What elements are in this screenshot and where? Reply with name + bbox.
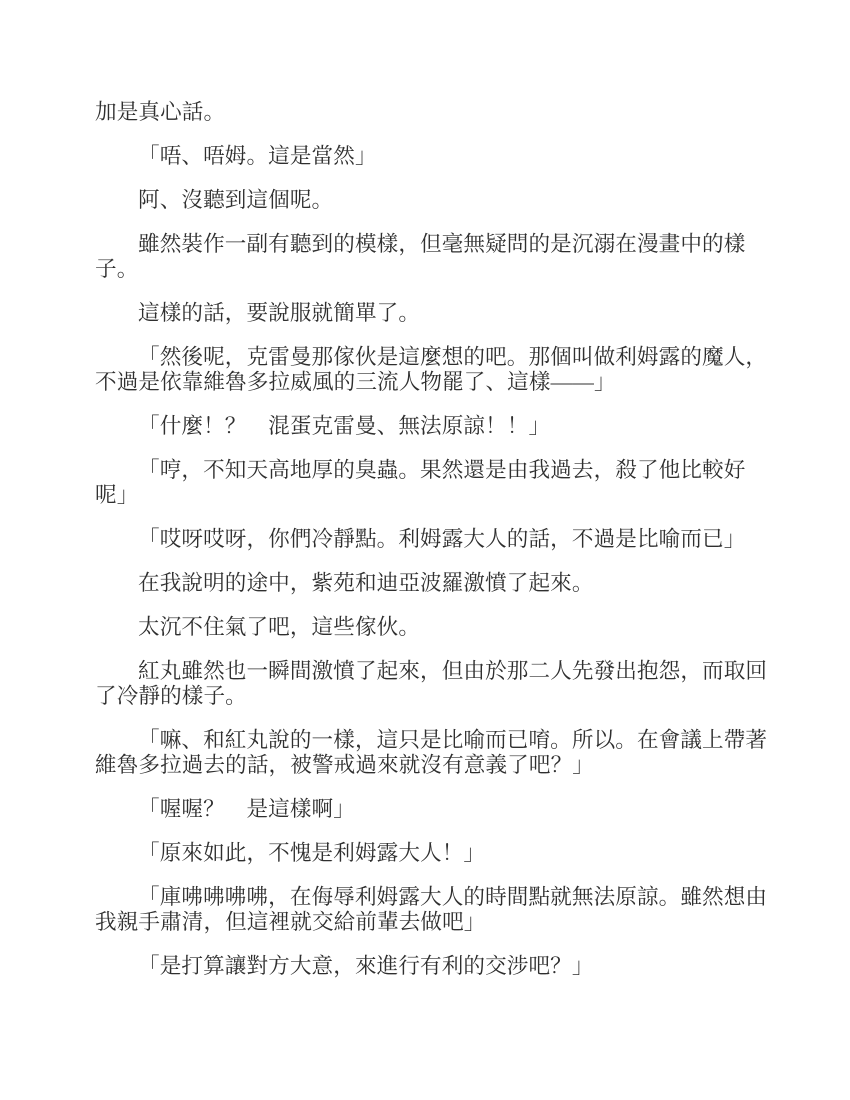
text-line: 「然後呢，克雷曼那傢伙是這麼想的吧。那個叫做利姆露的魔人，: [95, 345, 765, 370]
paragraph: 「原來如此，不愧是利姆露大人！」: [95, 841, 765, 866]
text-line: 呢」: [95, 483, 765, 508]
text-line: 了冷靜的樣子。: [95, 684, 765, 709]
text-line: 「什麼！？ 混蛋克雷曼、無法原諒！！」: [95, 414, 765, 439]
text-line: 阿、沒聽到這個呢。: [95, 188, 765, 213]
paragraph: 「哎呀哎呀，你們冷靜點。利姆露大人的話，不過是比喻而已」: [95, 527, 765, 552]
text-line: 「庫咈咈咈咈，在侮辱利姆露大人的時間點就無法原諒。雖然想由: [95, 885, 765, 910]
text-line: 這樣的話，要說服就簡單了。: [95, 301, 765, 326]
paragraph: 這樣的話，要說服就簡單了。: [95, 301, 765, 326]
text-line: 子。: [95, 257, 765, 282]
novel-page: 加是真心話。 「唔、唔姆。這是當然」 阿、沒聽到這個呢。 雖然裝作一副有聽到的模…: [95, 100, 765, 998]
paragraph: 「唔、唔姆。這是當然」: [95, 144, 765, 169]
text-line: 我親手肅清，但這裡就交給前輩去做吧」: [95, 910, 765, 935]
paragraph: 「什麼！？ 混蛋克雷曼、無法原諒！！」: [95, 414, 765, 439]
paragraph: 阿、沒聽到這個呢。: [95, 188, 765, 213]
text-line: 維魯多拉過去的話，被警戒過來就沒有意義了吧？」: [95, 753, 765, 778]
paragraph: 在我說明的途中，紫苑和迪亞波羅激憤了起來。: [95, 571, 765, 596]
paragraph: 加是真心話。: [95, 100, 765, 125]
text-line: 「嘛、和紅丸說的一樣，這只是比喻而已唷。所以。在會議上帶著: [95, 728, 765, 753]
text-line: 「唔、唔姆。這是當然」: [95, 144, 765, 169]
paragraph: 「嘛、和紅丸說的一樣，這只是比喻而已唷。所以。在會議上帶著 維魯多拉過去的話，被…: [95, 728, 765, 778]
paragraph: 「是打算讓對方大意，來進行有利的交涉吧？」: [95, 954, 765, 979]
paragraph: 「然後呢，克雷曼那傢伙是這麼想的吧。那個叫做利姆露的魔人， 不過是依靠維魯多拉威…: [95, 345, 765, 395]
text-line: 「原來如此，不愧是利姆露大人！」: [95, 841, 765, 866]
paragraph: 雖然裝作一副有聽到的模樣，但毫無疑問的是沉溺在漫畫中的樣 子。: [95, 232, 765, 282]
text-line: 「哎呀哎呀，你們冷靜點。利姆露大人的話，不過是比喻而已」: [95, 527, 765, 552]
text-line: 太沉不住氣了吧，這些傢伙。: [95, 615, 765, 640]
text-line: 紅丸雖然也一瞬間激憤了起來，但由於那二人先發出抱怨，而取回: [95, 659, 765, 684]
text-line: 不過是依靠維魯多拉威風的三流人物罷了、這樣——」: [95, 370, 765, 395]
paragraph: 「哼，不知天高地厚的臭蟲。果然還是由我過去，殺了他比較好 呢」: [95, 458, 765, 508]
paragraph: 太沉不住氣了吧，這些傢伙。: [95, 615, 765, 640]
text-line: 「是打算讓對方大意，來進行有利的交涉吧？」: [95, 954, 765, 979]
text-line: 加是真心話。: [95, 100, 765, 125]
text-line: 「哼，不知天高地厚的臭蟲。果然還是由我過去，殺了他比較好: [95, 458, 765, 483]
text-line: 雖然裝作一副有聽到的模樣，但毫無疑問的是沉溺在漫畫中的樣: [95, 232, 765, 257]
paragraph: 「喔喔？ 是這樣啊」: [95, 797, 765, 822]
paragraph: 「庫咈咈咈咈，在侮辱利姆露大人的時間點就無法原諒。雖然想由 我親手肅清，但這裡就…: [95, 885, 765, 935]
text-line: 在我說明的途中，紫苑和迪亞波羅激憤了起來。: [95, 571, 765, 596]
text-line: 「喔喔？ 是這樣啊」: [95, 797, 765, 822]
paragraph: 紅丸雖然也一瞬間激憤了起來，但由於那二人先發出抱怨，而取回 了冷靜的樣子。: [95, 659, 765, 709]
